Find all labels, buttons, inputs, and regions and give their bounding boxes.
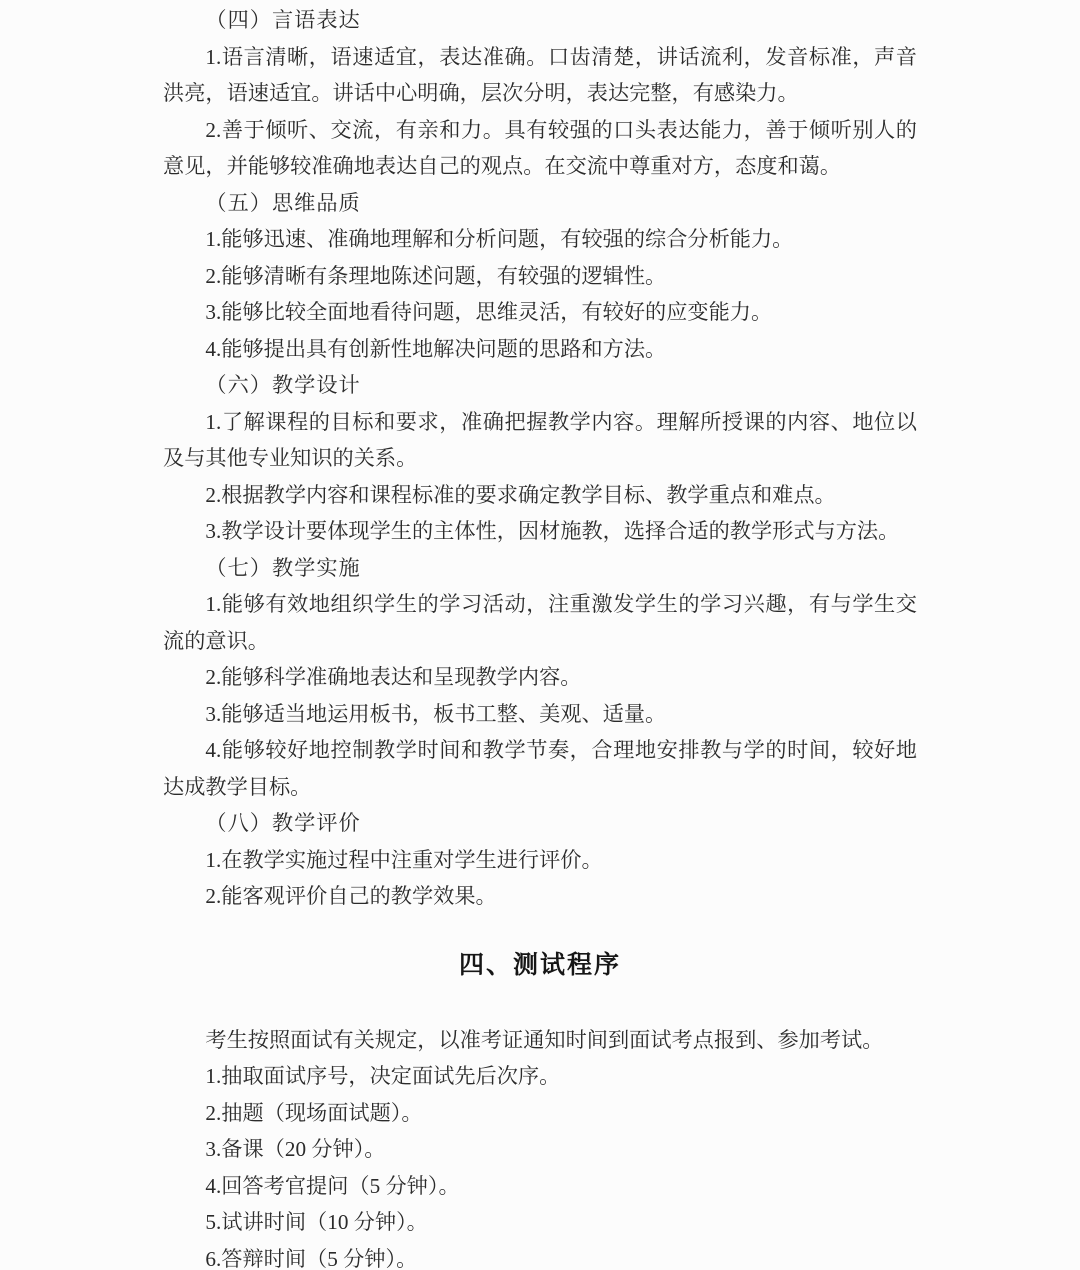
procedure-step: 3.备课（20 分钟）。 [163,1131,917,1168]
section-thinking-quality: （五）思维品质 1.能够迅速、准确地理解和分析问题，有较强的综合分析能力。 2.… [163,185,917,368]
paragraph: 3.教学设计要体现学生的主体性，因材施教，选择合适的教学形式与方法。 [163,513,917,550]
paragraph: 2.善于倾听、交流，有亲和力。具有较强的口头表达能力，善于倾听别人的意见，并能够… [163,112,917,185]
section-heading: （四）言语表达 [163,2,917,39]
paragraph: 2.能够清晰有条理地陈述问题，有较强的逻辑性。 [163,258,917,295]
chapter-heading-test-procedure: 四、测试程序 [163,945,917,985]
paragraph: 1.能够有效地组织学生的学习活动，注重激发学生的学习兴趣，有与学生交流的意识。 [163,586,917,659]
procedure-step: 6.答辩时间（5 分钟）。 [163,1241,917,1270]
section-heading: （五）思维品质 [163,185,917,222]
section-test-procedure: 考生按照面试有关规定，以准考证通知时间到面试考点报到、参加考试。 1.抽取面试序… [163,1022,917,1270]
procedure-step: 2.抽题（现场面试题）。 [163,1095,917,1132]
section-heading: （六）教学设计 [163,367,917,404]
paragraph: 2.能客观评价自己的教学效果。 [163,878,917,915]
paragraph: 1.语言清晰，语速适宜，表达准确。口齿清楚，讲话流利，发音标准，声音洪亮，语速适… [163,39,917,112]
paragraph: 3.能够比较全面地看待问题，思维灵活，有较好的应变能力。 [163,294,917,331]
paragraph: 1.了解课程的目标和要求，准确把握教学内容。理解所授课的内容、地位以及与其他专业… [163,404,917,477]
section-teaching-evaluation: （八）教学评价 1.在教学实施过程中注重对学生进行评价。 2.能客观评价自己的教… [163,805,917,915]
paragraph: 1.在教学实施过程中注重对学生进行评价。 [163,842,917,879]
section-speech-expression: （四）言语表达 1.语言清晰，语速适宜，表达准确。口齿清楚，讲话流利，发音标准，… [163,2,917,185]
section-teaching-design: （六）教学设计 1.了解课程的目标和要求，准确把握教学内容。理解所授课的内容、地… [163,367,917,550]
paragraph: 1.能够迅速、准确地理解和分析问题，有较强的综合分析能力。 [163,221,917,258]
section-heading: （七）教学实施 [163,550,917,587]
paragraph: 4.能够较好地控制教学时间和教学节奏，合理地安排教与学的时间，较好地达成教学目标… [163,732,917,805]
document-page: （四）言语表达 1.语言清晰，语速适宜，表达准确。口齿清楚，讲话流利，发音标准，… [0,0,1080,1270]
procedure-step: 5.试讲时间（10 分钟）。 [163,1204,917,1241]
procedure-step: 1.抽取面试序号，决定面试先后次序。 [163,1058,917,1095]
procedure-intro: 考生按照面试有关规定，以准考证通知时间到面试考点报到、参加考试。 [163,1022,917,1059]
paragraph: 2.能够科学准确地表达和呈现教学内容。 [163,659,917,696]
procedure-step: 4.回答考官提问（5 分钟）。 [163,1168,917,1205]
paragraph: 3.能够适当地运用板书，板书工整、美观、适量。 [163,696,917,733]
section-teaching-implementation: （七）教学实施 1.能够有效地组织学生的学习活动，注重激发学生的学习兴趣，有与学… [163,550,917,806]
paragraph: 4.能够提出具有创新性地解决问题的思路和方法。 [163,331,917,368]
section-heading: （八）教学评价 [163,805,917,842]
paragraph: 2.根据教学内容和课程标准的要求确定教学目标、教学重点和难点。 [163,477,917,514]
